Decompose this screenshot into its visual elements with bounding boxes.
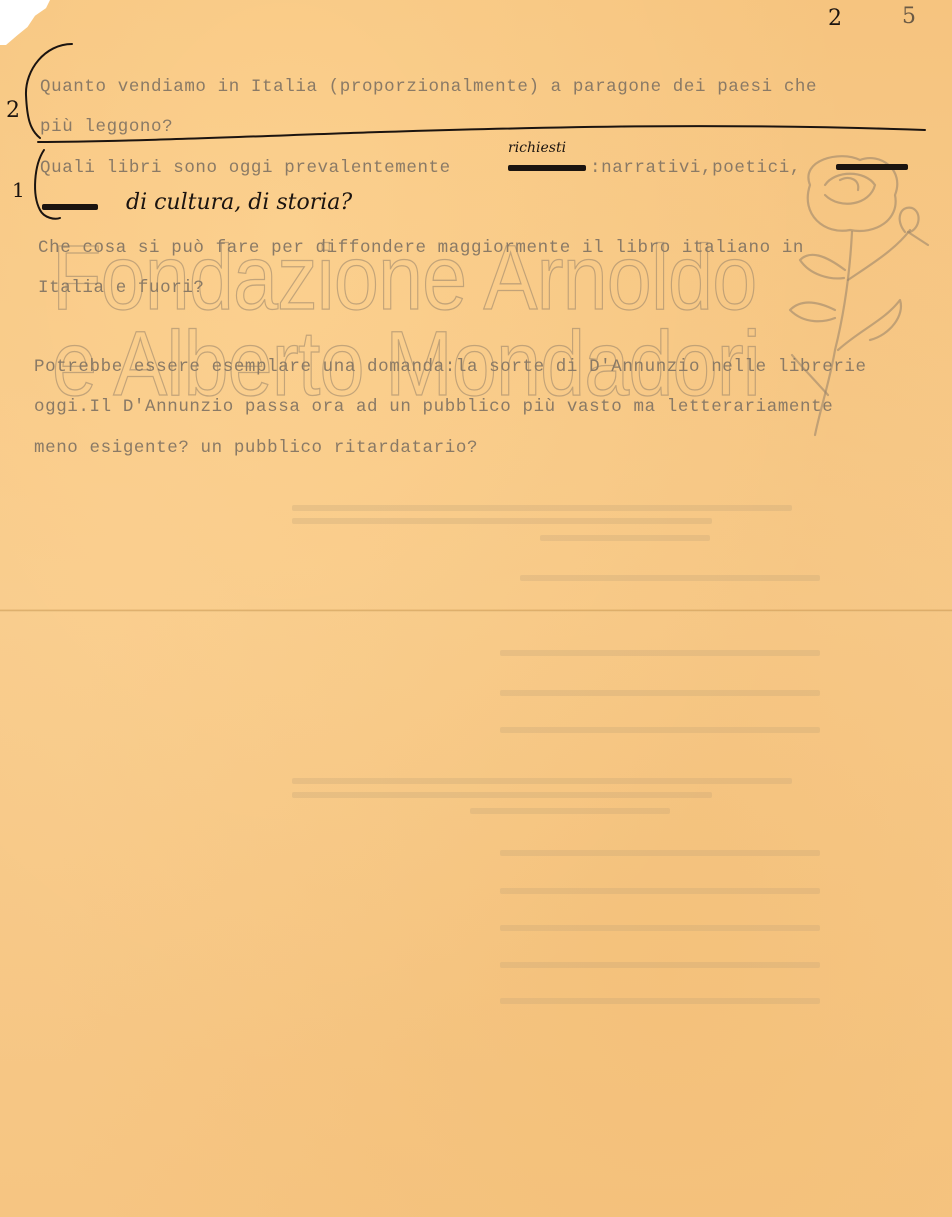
typed-line-2: più leggono? — [40, 117, 173, 137]
typed-line-7: oggi.Il D'Annunzio passa ora ad un pubbl… — [34, 397, 833, 417]
strikeout-3 — [42, 204, 98, 210]
typed-line-3: Quali libri sono oggi prevalentemente — [40, 158, 451, 178]
bracket-number-2: 2 — [6, 98, 20, 123]
typed-line-8: meno esigente? un pubblico ritardatario? — [34, 438, 478, 458]
typed-line-6: Potrebbe essere esemplare una domanda:la… — [34, 357, 867, 377]
bracket-number-1: 1 — [12, 178, 25, 202]
strikeout-1 — [508, 165, 586, 171]
handwritten-insertion: richiesti — [508, 140, 566, 156]
strikeout-2 — [836, 164, 908, 170]
typed-line-5: Italia e fuori? — [38, 278, 205, 298]
document-page: Fondazione Arnoldo e Alberto Mondadori 2… — [0, 0, 952, 1217]
handwritten-continuation: di cultura, di storia? — [126, 190, 352, 215]
typed-line-3-cont: :narrativi,poetici, — [590, 158, 801, 178]
handwritten-marks — [0, 0, 952, 1217]
typed-line-4: Che cosa si può fare per diffondere magg… — [38, 238, 804, 258]
typed-line-1: Quanto vendiamo in Italia (proporzionalm… — [40, 77, 817, 97]
